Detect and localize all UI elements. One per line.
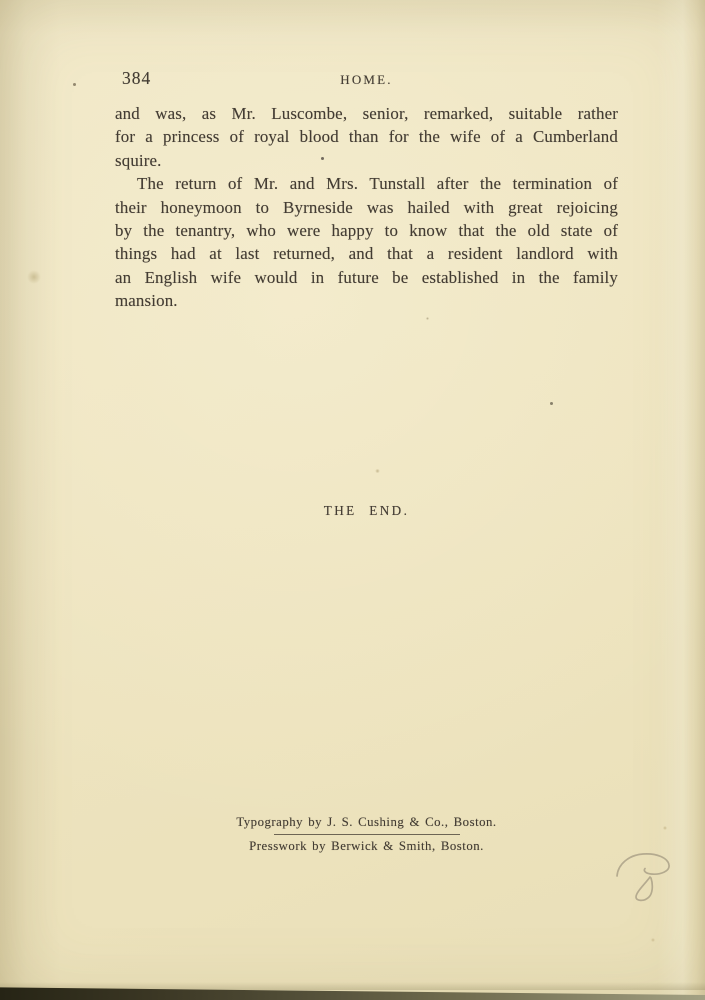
body-line: and was, as Mr. Luscombe, senior, remark… xyxy=(115,102,618,125)
body-line: squire. xyxy=(115,149,618,172)
body-text: and was, as Mr. Luscombe, senior, remark… xyxy=(115,102,618,313)
colophon-typography-line: Typography by J. S. Cushing & Co., Bosto… xyxy=(115,815,618,830)
paper-speck xyxy=(663,826,667,830)
paper-smudge xyxy=(27,270,41,284)
paper-speck xyxy=(321,157,324,160)
body-line: their honeymoon to Byrneside was hailed … xyxy=(115,196,618,219)
running-head: 384 HOME. xyxy=(115,68,618,92)
colophon: Typography by J. S. Cushing & Co., Bosto… xyxy=(115,815,618,854)
body-line: things had at last returned, and that a … xyxy=(115,242,618,265)
body-line: an English wife would in future be estab… xyxy=(115,266,618,289)
body-line: The return of Mr. and Mrs. Tunstall afte… xyxy=(115,172,618,195)
body-line: mansion. xyxy=(115,289,618,312)
colophon-presswork-line: Presswork by Berwick & Smith, Boston. xyxy=(115,839,618,854)
running-title: HOME. xyxy=(115,72,618,88)
the-end-label: THE END. xyxy=(115,503,618,519)
body-line: for a princess of royal blood than for t… xyxy=(115,125,618,148)
paper-speck xyxy=(375,469,380,473)
book-page-scan: 384 HOME. and was, as Mr. Luscombe, seni… xyxy=(0,0,705,1000)
paper-speck xyxy=(73,83,76,86)
paper-speck xyxy=(550,402,553,405)
paper-speck xyxy=(426,317,429,320)
paper-speck xyxy=(651,938,655,942)
pencil-mark xyxy=(605,846,679,906)
body-line: by the tenantry, who were happy to know … xyxy=(115,219,618,242)
colophon-rule xyxy=(274,834,460,835)
